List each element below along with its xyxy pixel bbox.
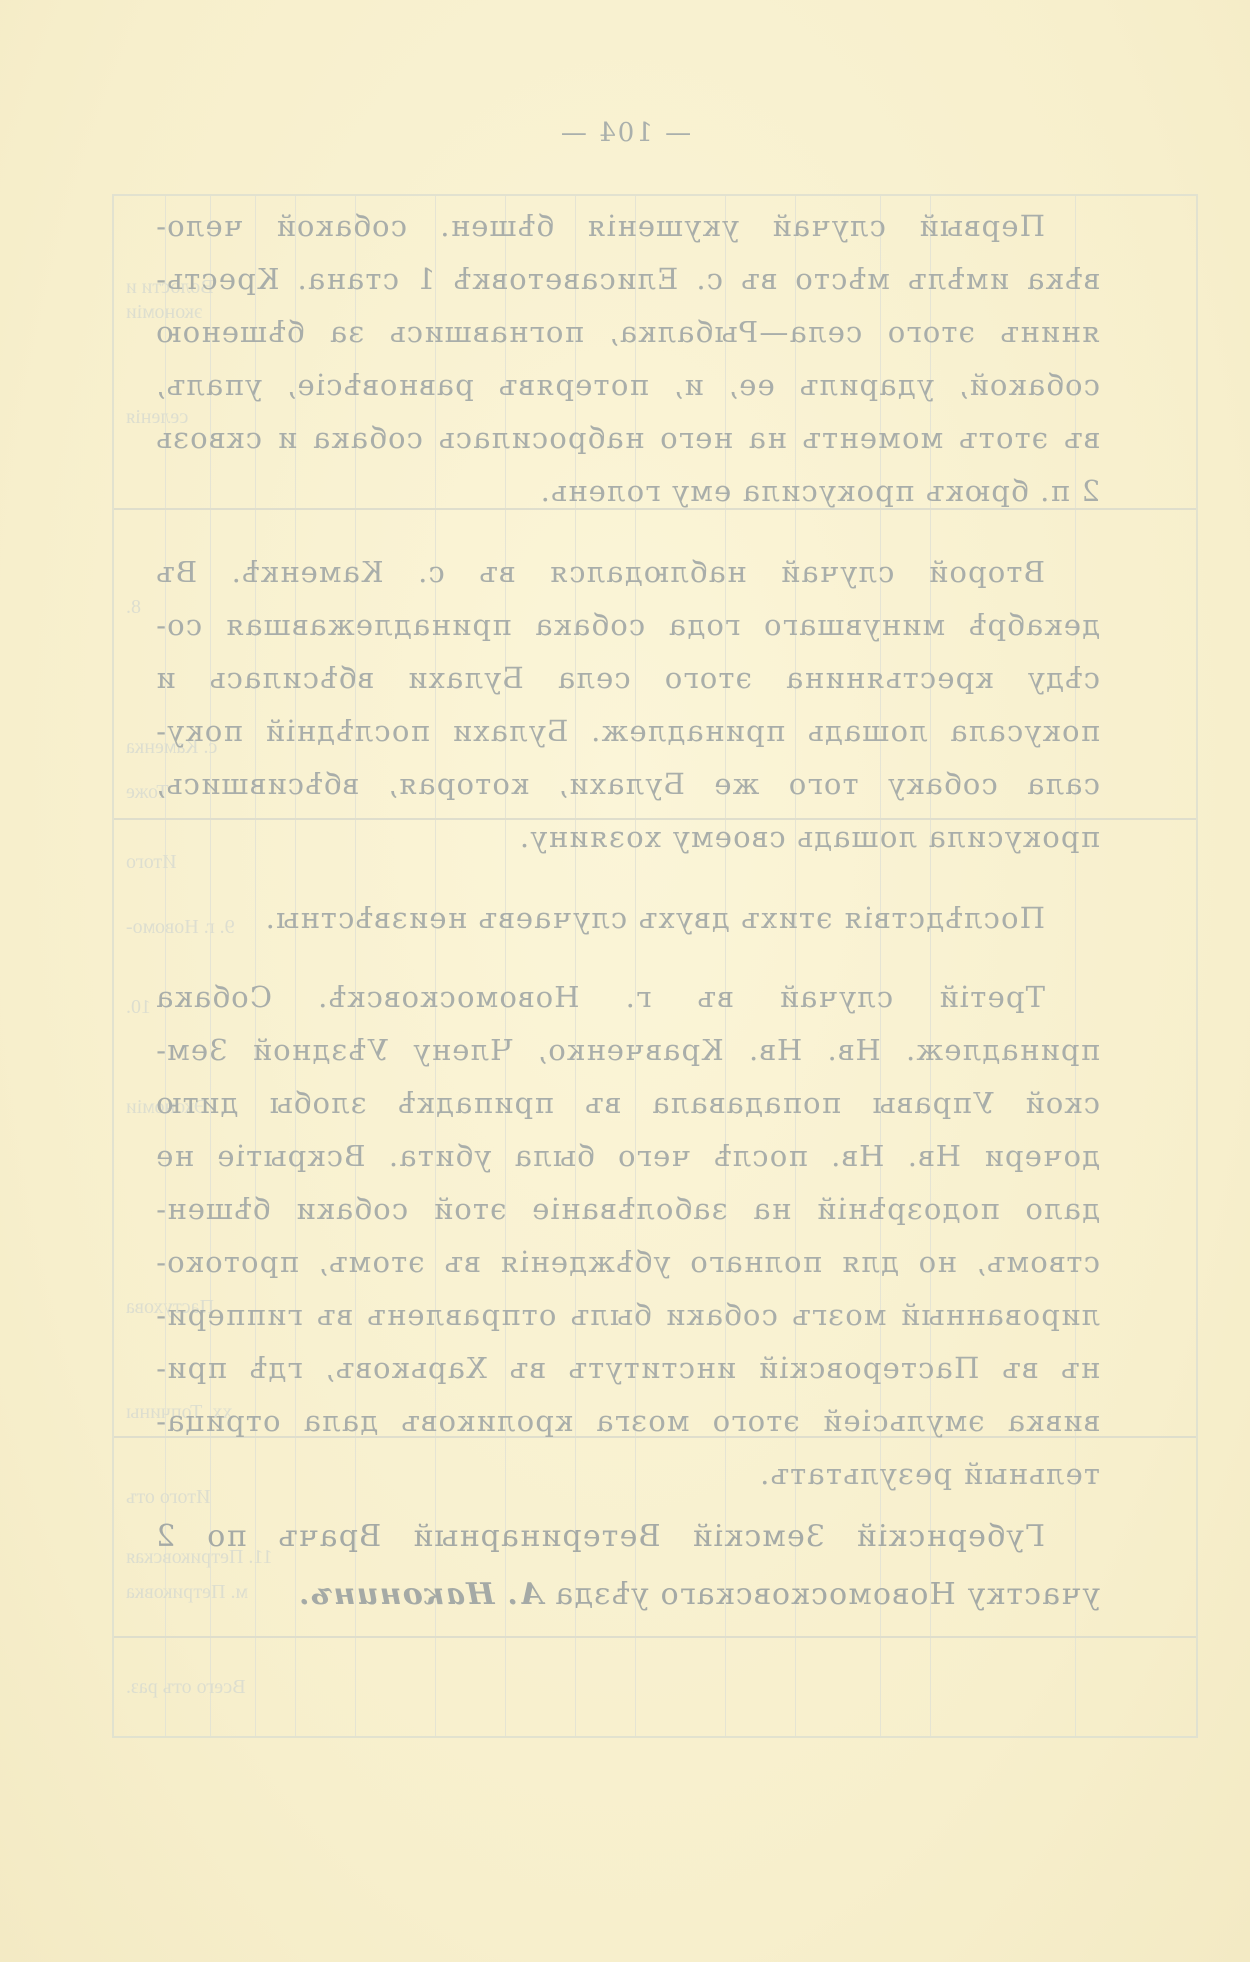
text-line: 2 п. брюкъ прокусила ему голень. [155,465,1100,518]
signature-title: Губернскій Земскій Ветеринарный Врачъ по… [155,1508,1100,1566]
signature-line: участку Новомосковскаго уѣзда А. Наконин… [155,1566,1100,1624]
text-line: собакой, ударилъ ее, и, потерявъ равновѣ… [155,359,1100,412]
text-line: сала собаку того же Булахи, которая, вбѣ… [155,758,1100,811]
ghost-row-divider [114,1636,1196,1638]
signature-district: участку Новомосковскаго уѣзда [554,1577,1100,1612]
text-line: Послѣдствія этихъ двухъ случаевъ неизвѣс… [155,892,1100,945]
spacer [155,945,1100,971]
ghost-label: 10. [126,996,151,1019]
text-line: Второй случай наблюдался въ с. Каменкѣ. … [155,546,1100,599]
text-line: вивка эмульсіей этого мозга кроликовъ да… [155,1395,1100,1448]
mirrored-page: — 104 — Волости и экономіи селенія 8. с.… [0,0,1250,1962]
text-line: Первый случай укушенія бѣшен. собакой че… [155,200,1100,253]
paragraph-third-case: Третій случай въ г. Новомосковскѣ. Собак… [155,971,1100,1501]
text-line: прокусила лошадь своему хозяину. [155,811,1100,864]
ghost-label: 8. [126,596,141,619]
text-line: дочери Нв. Нв. послѣ чего была убита. Вс… [155,1130,1100,1183]
body-text: Первый случай укушенія бѣшен. собакой че… [155,200,1100,1501]
signature-name: А. Наконинъ. [298,1577,544,1612]
page-number: — 104 — [0,118,1250,148]
text-line: вѣка имѣлъ мѣсто въ с. Елисаветовкѣ 1 ст… [155,253,1100,306]
text-line: декабрѣ минувшаго года собака принадлежа… [155,599,1100,652]
ghost-label: Всего отъ раз. [126,1676,246,1699]
signature-block: Губернскій Земскій Ветеринарный Врачъ по… [155,1508,1100,1624]
paragraph-first-case: Первый случай укушенія бѣшен. собакой че… [155,200,1100,518]
text-line: ствомъ, но для полнаго убѣжденія въ этом… [155,1236,1100,1289]
spacer [155,518,1100,546]
text-line: ской Управы попадавала въ припадкѣ злобы… [155,1077,1100,1130]
text-line: тельный результатъ. [155,1448,1100,1501]
spacer [155,864,1100,892]
text-line: сѣду крестьянина этого села Булахи вбѣси… [155,652,1100,705]
text-line: нъ въ Пастеровскій институтъ въ Харьковъ… [155,1342,1100,1395]
text-line: Третій случай въ г. Новомосковскѣ. Собак… [155,971,1100,1024]
text-line: дало подозрѣній на заболѣваніе этой соба… [155,1183,1100,1236]
paragraph-consequences: Послѣдствія этихъ двухъ случаевъ неизвѣс… [155,892,1100,945]
text-line: янинъ этого села—Рыбалка, погнавшись за … [155,306,1100,359]
text-line: принадлеж. Нв. Нв. Кравченко, Члену Уѣзд… [155,1024,1100,1077]
text-line: покусала лошадь принадлеж. Булахи послѣд… [155,705,1100,758]
text-line: въ этотъ моментъ на него набросилась соб… [155,412,1100,465]
paragraph-second-case: Второй случай наблюдался въ с. Каменкѣ. … [155,546,1100,864]
text-line: лированный мозгъ собаки былъ отправленъ … [155,1289,1100,1342]
